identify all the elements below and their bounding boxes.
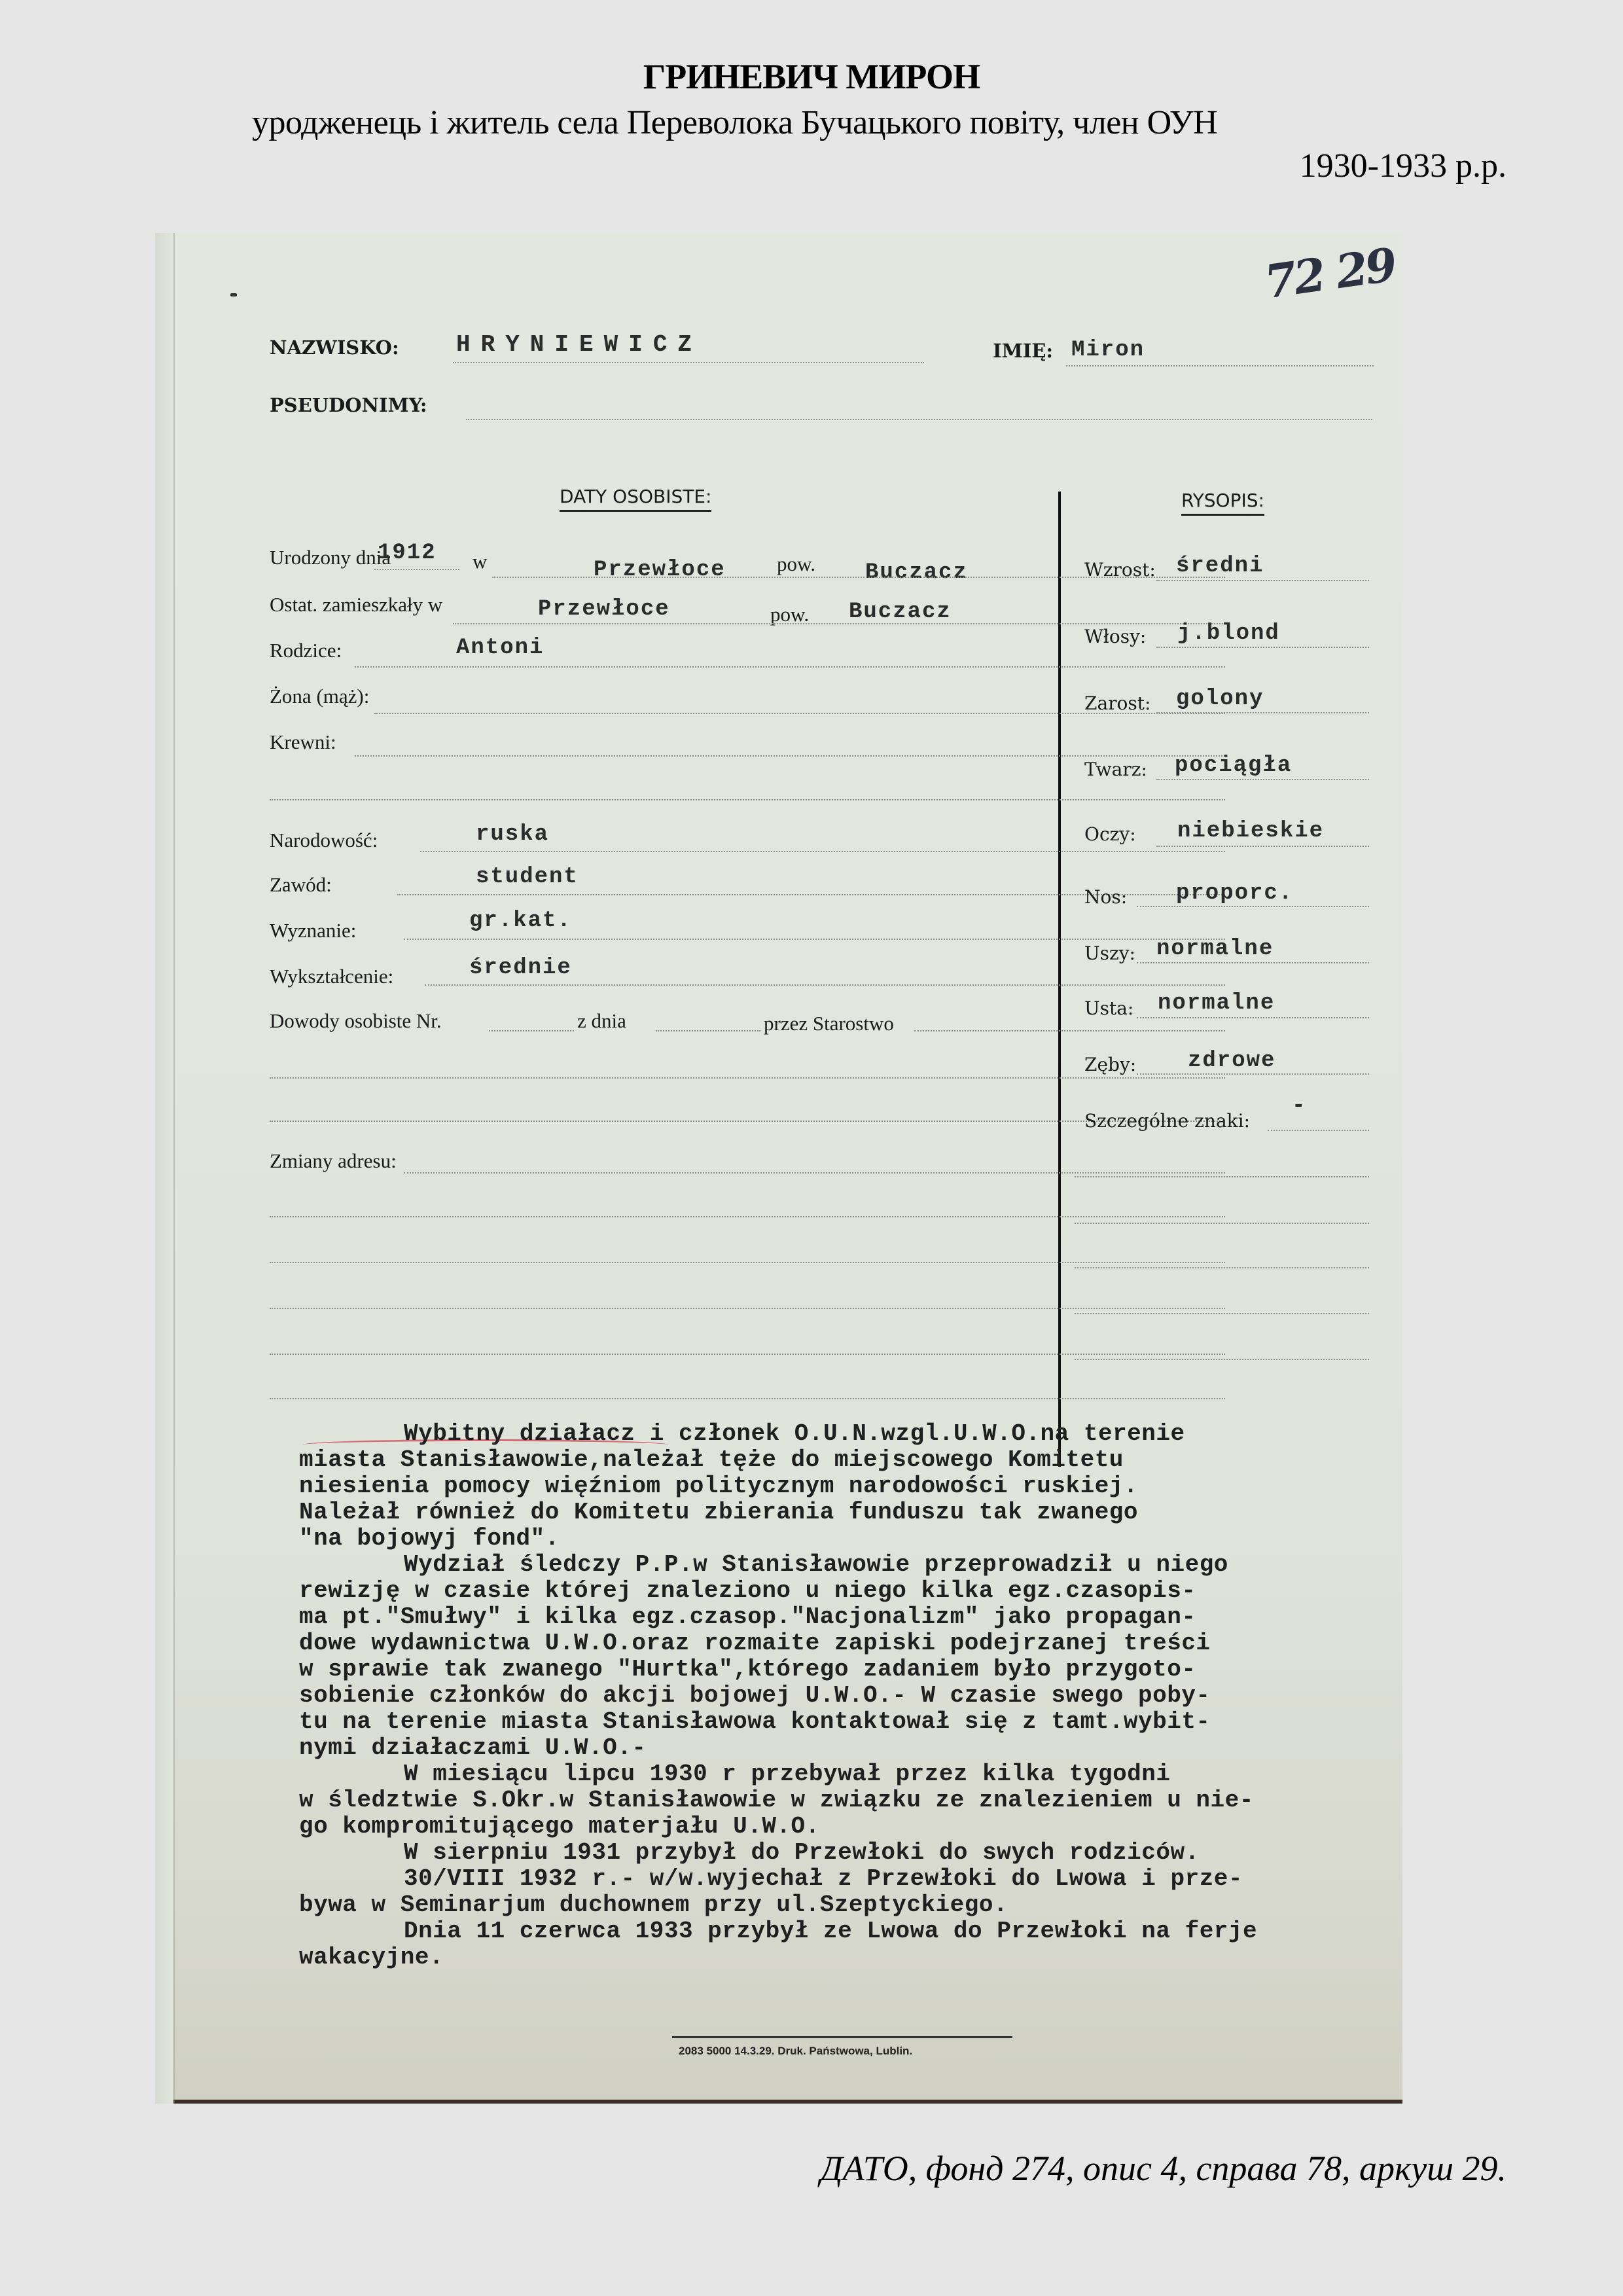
narrative-line: W miesiącu lipcu 1930 r przebywał przez …	[299, 1761, 1372, 1787]
narrative-line: wakacyjne.	[299, 1945, 1372, 1971]
education-label: Wykształcenie:	[270, 965, 393, 988]
face-label: Twarz:	[1084, 759, 1147, 780]
last-residence-label: Ostat. zamieszkały w	[270, 593, 442, 617]
relatives-line	[355, 755, 1225, 757]
hair-label: Włosy:	[1084, 626, 1146, 647]
ears-value: normalne	[1156, 937, 1274, 961]
mouth-label: Usta:	[1084, 997, 1133, 1019]
height-label: Wzrost:	[1084, 559, 1156, 581]
born-in-value: Przewłoce	[594, 558, 726, 583]
pseudonyms-line	[466, 419, 1372, 420]
religion-line	[404, 939, 1225, 940]
ears-line	[1137, 962, 1369, 963]
face-line	[1156, 779, 1369, 780]
facial-hair-label: Zarost:	[1084, 692, 1150, 714]
marks-line	[1268, 1130, 1369, 1131]
address-line-4	[270, 1308, 1225, 1309]
pseudonyms-label: PSEUDONIMY:	[270, 394, 427, 416]
column-divider	[1058, 492, 1061, 1467]
narrative-line: bywa w Seminarjum duchownem przy ul.Szep…	[299, 1892, 1372, 1918]
narrative-line: rewizję w czasie której znaleziono u nie…	[299, 1578, 1372, 1604]
education-value: średnie	[469, 956, 572, 980]
narrative-line: W sierpniu 1931 przybył do Przewłoki do …	[299, 1840, 1372, 1866]
narrative-line: miasta Stanisławowie,należał tęże do mie…	[299, 1447, 1372, 1473]
height-line	[1156, 580, 1369, 581]
id-docs-authority-line	[914, 1030, 1225, 1031]
narrative-line: niesienia pomocy więźniom politycznym na…	[299, 1473, 1372, 1499]
hair-line	[1156, 647, 1369, 648]
height-value: średni	[1176, 554, 1264, 579]
eyes-value: niebieskie	[1177, 819, 1324, 844]
nose-label: Nos:	[1084, 886, 1127, 908]
page-title: ГРИНЕВИЧ МИРОН	[0, 56, 1623, 97]
nationality-label: Narodowość:	[270, 829, 378, 852]
narrative-line: w sprawie tak zwanego "Hurtka",którego z…	[299, 1657, 1372, 1683]
ears-label: Uszy:	[1084, 942, 1135, 964]
eyes-line	[1156, 846, 1369, 847]
teeth-value: zdrowe	[1188, 1049, 1275, 1073]
id-docs-authority-label: przez Starostwo	[764, 1012, 894, 1035]
marks-line-4	[1075, 1267, 1369, 1268]
mouth-value: normalne	[1158, 991, 1275, 1016]
address-line-3	[270, 1262, 1225, 1263]
narrative-line: nymi działaczami U.W.O.-	[299, 1735, 1372, 1761]
facial-hair-line	[1156, 712, 1369, 713]
id-docs-number-line	[489, 1030, 574, 1031]
narrative-line: sobienie członków do akcji bojowej U.W.O…	[299, 1683, 1372, 1709]
marks-value: -	[1292, 1094, 1306, 1119]
folio-number: 72 29	[1261, 238, 1398, 310]
relatives-line-2	[270, 799, 1225, 800]
mouth-line	[1137, 1017, 1369, 1018]
narrative-line: 30/VIII 1932 r.- w/w.wyjechał z Przewłok…	[299, 1866, 1372, 1892]
parents-line	[355, 666, 1225, 668]
id-docs-date-label: z dnia	[577, 1009, 626, 1033]
last-residence-line	[453, 623, 1225, 624]
surname-value: HRYNIEWICZ	[456, 331, 702, 358]
typed-narrative: Wybitny działacz i członek O.U.N.wzgl.U.…	[299, 1421, 1372, 1971]
scanned-document: 72 29 NAZWISKO: HRYNIEWICZ IMIĘ: Miron P…	[155, 233, 1402, 2104]
education-line	[425, 984, 1225, 986]
nationality-line	[420, 851, 1225, 852]
narrative-line: "na bojowyj fond".	[299, 1526, 1372, 1552]
narrative-line: go kompromitującego materjału U.W.O.	[299, 1814, 1372, 1840]
first-name-value: Miron	[1071, 338, 1145, 363]
born-in-label: w	[473, 550, 487, 573]
address-line-2	[270, 1216, 1225, 1217]
teeth-line	[1137, 1073, 1369, 1075]
narrative-line: ma pt."Smułwy" i kilka egz.czasop."Nacjo…	[299, 1604, 1372, 1630]
spouse-label: Żona (mąż):	[270, 685, 369, 708]
narrative-line: Dnia 11 czerwca 1933 przybył ze Lwowa do…	[299, 1918, 1372, 1945]
narrative-line: Należał również do Komitetu zbierania fu…	[299, 1499, 1372, 1526]
nationality-value: ruska	[476, 822, 549, 847]
facial-hair-value: golony	[1176, 687, 1264, 711]
page-years: 1930-1933 р.р.	[1300, 147, 1507, 185]
narrative-line: dowe wydawnictwa U.W.O.oraz rozmaite zap…	[299, 1630, 1372, 1657]
first-name-label: IMIĘ:	[993, 340, 1053, 362]
narrative-line: w śledztwie S.Okr.w Stanisławowie w zwią…	[299, 1787, 1372, 1814]
born-county-label: pow.	[777, 552, 815, 576]
page-subtitle: уродженець і житель села Переволока Буча…	[252, 103, 1217, 142]
born-line	[374, 569, 459, 570]
relatives-label: Krewni:	[270, 730, 336, 754]
marks-line-3	[1075, 1223, 1369, 1224]
surname-label: NAZWISKO:	[270, 336, 399, 359]
archive-citation: ДАТО, фонд 274, опис 4, справа 78, аркуш…	[820, 2148, 1507, 2189]
speck-mark	[230, 293, 237, 296]
id-docs-line-2	[270, 1077, 1225, 1079]
marks-line-6	[1075, 1359, 1369, 1360]
profession-value: student	[476, 865, 579, 889]
first-name-line	[1066, 365, 1374, 367]
address-line-5	[270, 1354, 1225, 1355]
description-heading: RYSOPIS:	[1181, 490, 1264, 516]
personal-data-heading: DATY OSOBISTE:	[560, 486, 711, 512]
id-docs-line-3	[270, 1121, 1225, 1122]
narrative-line: Wybitny działacz i członek O.U.N.wzgl.U.…	[299, 1421, 1372, 1447]
religion-value: gr.kat.	[469, 908, 572, 933]
narrative-line: tu na terenie miasta Stanisławowa kontak…	[299, 1709, 1372, 1735]
parents-value: Antoni	[456, 636, 544, 660]
id-docs-date-line	[656, 1030, 760, 1031]
born-label: Urodzony dnia	[270, 546, 391, 569]
printer-imprint: 2083 5000 14.3.29. Druk. Państwowa, Lubl…	[672, 2036, 1012, 2058]
last-county-value: Buczacz	[849, 600, 952, 624]
religion-label: Wyznanie:	[270, 919, 356, 942]
born-county-value: Buczacz	[865, 560, 968, 585]
eyes-label: Oczy:	[1084, 823, 1136, 845]
marks-line-2	[1075, 1176, 1369, 1177]
nose-line	[1137, 906, 1369, 907]
born-value: 1912	[378, 541, 437, 565]
last-residence-value: Przewłoce	[538, 597, 670, 622]
marks-label: Szczególne znaki:	[1084, 1110, 1250, 1132]
profession-label: Zawód:	[270, 873, 332, 897]
marks-line-5	[1075, 1313, 1369, 1314]
narrative-line: Wydział śledczy P.P.w Stanisławowie prze…	[299, 1552, 1372, 1578]
hair-value: j.blond	[1177, 621, 1280, 646]
face-value: pociągła	[1175, 753, 1292, 778]
address-line-6	[270, 1398, 1225, 1399]
surname-line	[453, 362, 924, 363]
id-docs-label: Dowody osobiste Nr.	[270, 1009, 442, 1033]
address-changes-label: Zmiany adresu:	[270, 1149, 397, 1173]
address-line-1	[404, 1172, 1225, 1174]
nose-value: proporc.	[1176, 881, 1293, 906]
parents-label: Rodzice:	[270, 639, 342, 662]
teeth-label: Zęby:	[1084, 1054, 1136, 1075]
